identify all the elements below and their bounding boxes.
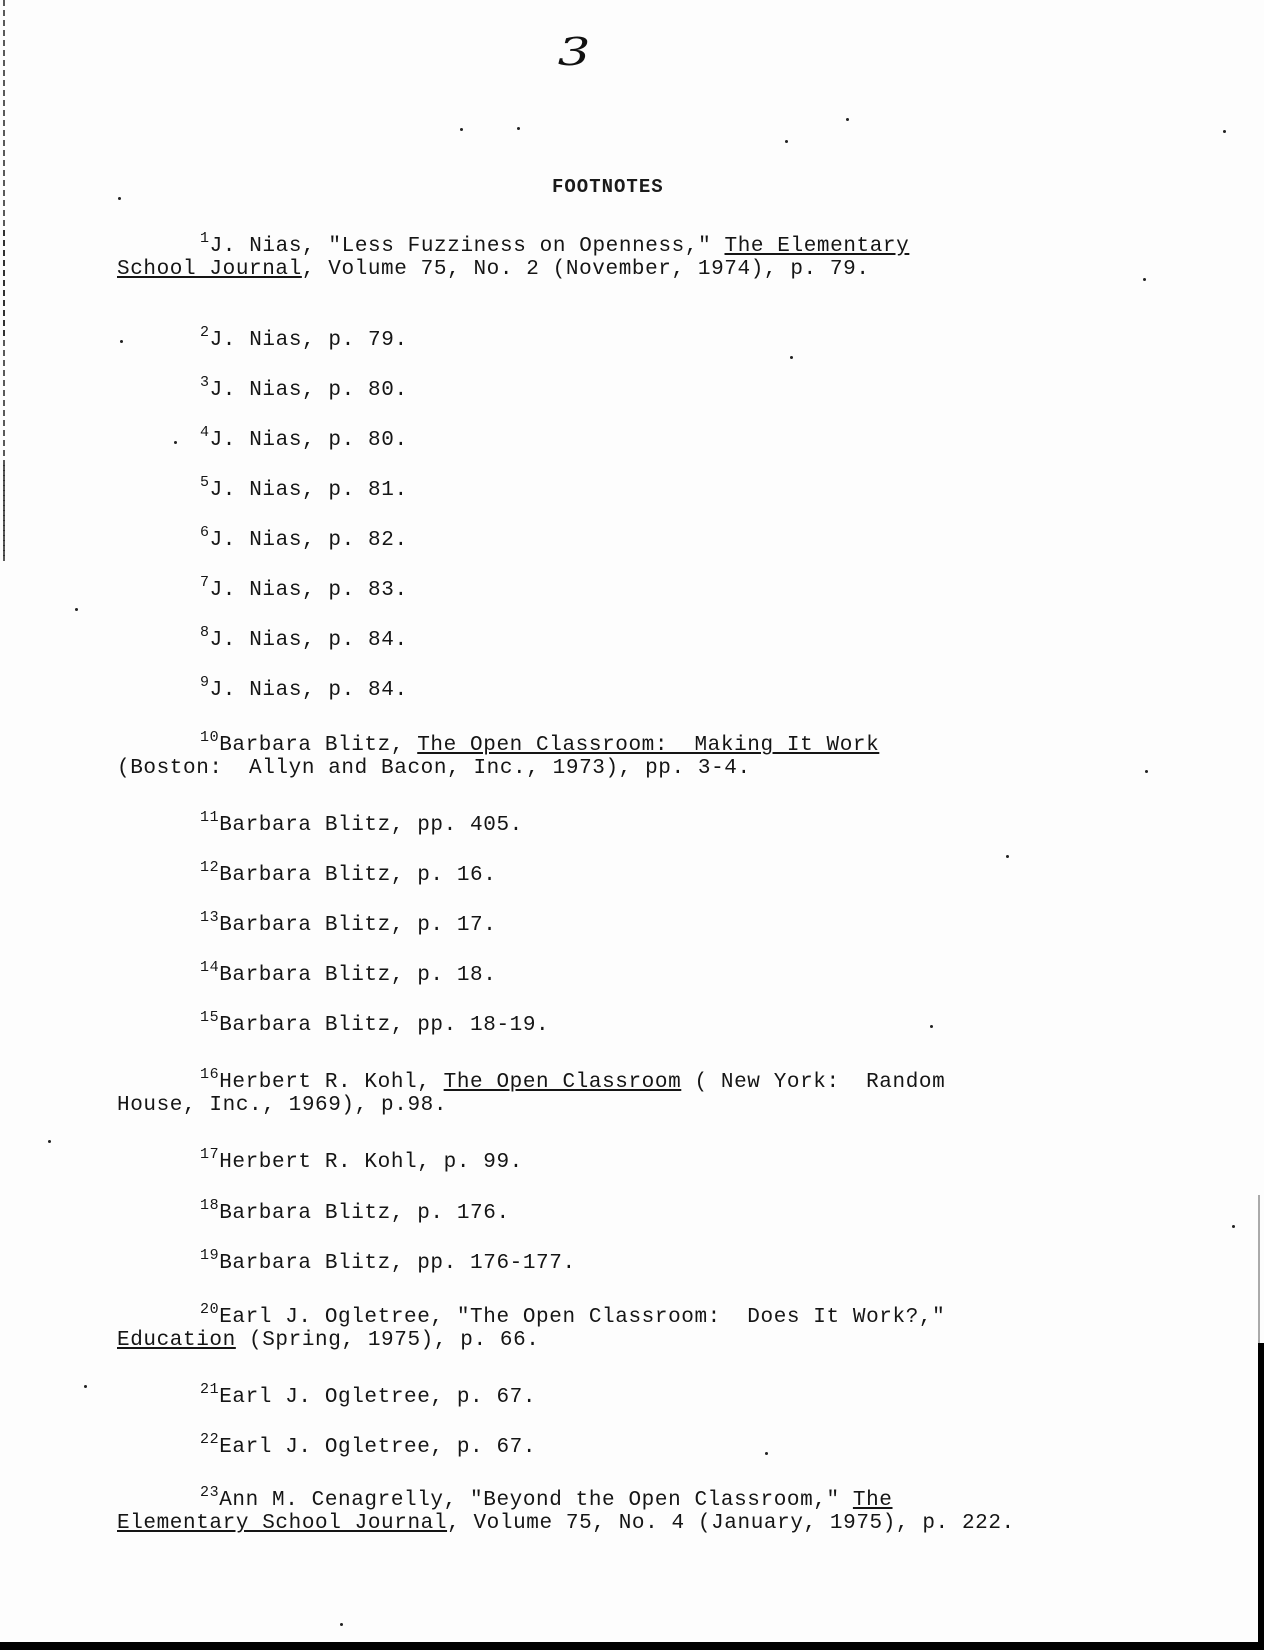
footnote-number: 21 [200, 1381, 219, 1398]
footnote-item: 18Barbara Blitz, p. 176. [200, 1203, 510, 1226]
footnote-title: The Elementary [725, 235, 910, 258]
footnote-title: The Open Classroom [444, 1071, 682, 1094]
footnote-continuation: Elementary School Journal, Volume 75, No… [117, 1513, 1015, 1535]
footnote-text: Barbara Blitz, p. 18. [219, 964, 496, 987]
footnote-text: Earl J. Ogletree, p. 67. [219, 1436, 536, 1459]
footnote-item: 2J. Nias, p. 79. [200, 330, 408, 353]
footnote-text: J. Nias, "Less Fuzziness on Openness," [210, 235, 725, 258]
footnote-item: 21Earl J. Ogletree, p. 67. [200, 1387, 536, 1410]
scan-border-bottom [0, 1642, 1264, 1650]
scan-speck [1143, 278, 1146, 281]
page-number: 3 [558, 30, 591, 74]
footnote-text: Barbara Blitz, p. 176. [219, 1202, 509, 1225]
footnote-text: J. Nias, p. 81. [210, 479, 408, 502]
footnote-item: 8J. Nias, p. 84. [200, 630, 408, 653]
footnote-item: 7J. Nias, p. 83. [200, 580, 408, 603]
footnote-number: 20 [200, 1301, 219, 1318]
footnote-number: 15 [200, 1009, 219, 1026]
footnote-title: The Open Classroom: Making It Work [417, 734, 879, 757]
footnote-number: 10 [200, 729, 219, 746]
footnote-text: Earl J. Ogletree, p. 67. [219, 1386, 536, 1409]
footnote-item: 11Barbara Blitz, pp. 405. [200, 815, 523, 838]
scan-speck [120, 340, 123, 343]
page-heading: FOOTNOTES [552, 176, 664, 198]
footnote-title: Education [117, 1329, 236, 1352]
scan-border-right [1258, 1343, 1264, 1650]
footnote-number: 2 [200, 324, 210, 341]
footnote-number: 9 [200, 674, 210, 691]
footnote-text: ( New York: Random [681, 1071, 945, 1094]
footnote-number: 23 [200, 1484, 219, 1501]
footnote-continuation: School Journal, Volume 75, No. 2 (Novemb… [117, 259, 909, 281]
footnote-number: 8 [200, 624, 210, 641]
scan-speck [846, 118, 849, 121]
footnote-number: 3 [200, 374, 210, 391]
footnote-item: 4J. Nias, p. 80. [200, 430, 408, 453]
footnote-text: House, Inc., 1969), p.98. [117, 1094, 447, 1117]
footnote-continuation: (Boston: Allyn and Bacon, Inc., 1973), p… [117, 758, 879, 780]
footnote-continuation: Education (Spring, 1975), p. 66. [117, 1330, 945, 1352]
footnote-title: School Journal [117, 258, 302, 281]
footnote-text: J. Nias, p. 84. [210, 679, 408, 702]
footnote-text: Barbara Blitz, pp. 18-19. [219, 1014, 549, 1037]
footnote-item: 17Herbert R. Kohl, p. 99. [200, 1152, 523, 1175]
footnote-item: 19Barbara Blitz, pp. 176-177. [200, 1253, 576, 1276]
footnote-title: Elementary School Journal [117, 1512, 447, 1535]
footnote-text: (Spring, 1975), p. 66. [236, 1329, 540, 1352]
scan-edge-mark [3, 465, 5, 565]
footnote-text: J. Nias, p. 80. [210, 429, 408, 452]
footnote-item: 14Barbara Blitz, p. 18. [200, 965, 496, 988]
scan-speck [118, 197, 121, 200]
footnote-item: 13Barbara Blitz, p. 17. [200, 915, 496, 938]
footnote-item: 6J. Nias, p. 82. [200, 530, 408, 553]
footnote-text: J. Nias, p. 83. [210, 579, 408, 602]
scan-edge-line [1258, 1195, 1260, 1345]
scan-speck [460, 128, 463, 131]
footnote-number: 1 [200, 230, 210, 247]
scan-speck [84, 1385, 87, 1388]
scan-speck [930, 1025, 933, 1028]
footnote-text: Earl J. Ogletree, "The Open Classroom: D… [219, 1306, 945, 1329]
scan-speck [785, 140, 788, 143]
footnote-number: 12 [200, 859, 219, 876]
footnote-number: 14 [200, 959, 219, 976]
footnote-item: 1J. Nias, "Less Fuzziness on Openness," … [200, 236, 909, 281]
document-page: 3 FOOTNOTES 1J. Nias, "Less Fuzziness on… [0, 0, 1264, 1650]
scan-speck [340, 1623, 343, 1626]
footnote-number: 5 [200, 474, 210, 491]
footnote-text: J. Nias, p. 84. [210, 629, 408, 652]
scan-speck [1006, 855, 1009, 858]
footnote-number: 18 [200, 1197, 219, 1214]
footnote-number: 22 [200, 1431, 219, 1448]
footnote-item: 23Ann M. Cenagrelly, "Beyond the Open Cl… [200, 1490, 1015, 1535]
footnote-text: , Volume 75, No. 4 (January, 1975), p. 2… [447, 1512, 1015, 1535]
scan-speck [1223, 130, 1226, 133]
footnote-text: Barbara Blitz, [219, 734, 417, 757]
footnote-number: 19 [200, 1247, 219, 1264]
footnote-text: Barbara Blitz, pp. 405. [219, 814, 523, 837]
footnote-number: 16 [200, 1066, 219, 1083]
scan-speck [1145, 770, 1148, 773]
footnote-item: 3J. Nias, p. 80. [200, 380, 408, 403]
footnote-item: 12Barbara Blitz, p. 16. [200, 865, 496, 888]
footnote-item: 15Barbara Blitz, pp. 18-19. [200, 1015, 549, 1038]
footnote-title: The [853, 1489, 893, 1512]
scan-speck [765, 1452, 768, 1455]
footnote-text: Ann M. Cenagrelly, "Beyond the Open Clas… [219, 1489, 853, 1512]
scan-speck [174, 441, 177, 444]
footnote-text: Herbert R. Kohl, [219, 1071, 443, 1094]
footnote-item: 16Herbert R. Kohl, The Open Classroom ( … [200, 1072, 945, 1117]
footnote-item: 5J. Nias, p. 81. [200, 480, 408, 503]
footnote-text: Barbara Blitz, pp. 176-177. [219, 1252, 575, 1275]
footnote-text: J. Nias, p. 80. [210, 379, 408, 402]
footnote-item: 9J. Nias, p. 84. [200, 680, 408, 703]
footnote-text: J. Nias, p. 82. [210, 529, 408, 552]
scan-speck [1232, 1225, 1235, 1228]
footnote-number: 4 [200, 424, 210, 441]
scan-speck [48, 1140, 51, 1143]
footnote-item: 20Earl J. Ogletree, "The Open Classroom:… [200, 1307, 945, 1352]
footnote-text: Barbara Blitz, p. 16. [219, 864, 496, 887]
footnote-continuation: House, Inc., 1969), p.98. [117, 1095, 945, 1117]
scan-speck [75, 608, 78, 611]
footnote-text: J. Nias, p. 79. [210, 329, 408, 352]
footnote-number: 13 [200, 909, 219, 926]
footnote-number: 6 [200, 524, 210, 541]
scan-edge-mark [3, 230, 5, 340]
footnote-text: Barbara Blitz, p. 17. [219, 914, 496, 937]
footnote-item: 10Barbara Blitz, The Open Classroom: Mak… [200, 735, 879, 780]
footnote-text: Herbert R. Kohl, p. 99. [219, 1151, 523, 1174]
scan-speck [790, 356, 793, 359]
footnote-text: , Volume 75, No. 2 (November, 1974), p. … [302, 258, 870, 281]
footnote-text: (Boston: Allyn and Bacon, Inc., 1973), p… [117, 757, 751, 780]
scan-speck [517, 127, 520, 130]
footnote-item: 22Earl J. Ogletree, p. 67. [200, 1437, 536, 1460]
footnote-number: 17 [200, 1146, 219, 1163]
footnote-number: 11 [200, 809, 219, 826]
footnote-number: 7 [200, 574, 210, 591]
